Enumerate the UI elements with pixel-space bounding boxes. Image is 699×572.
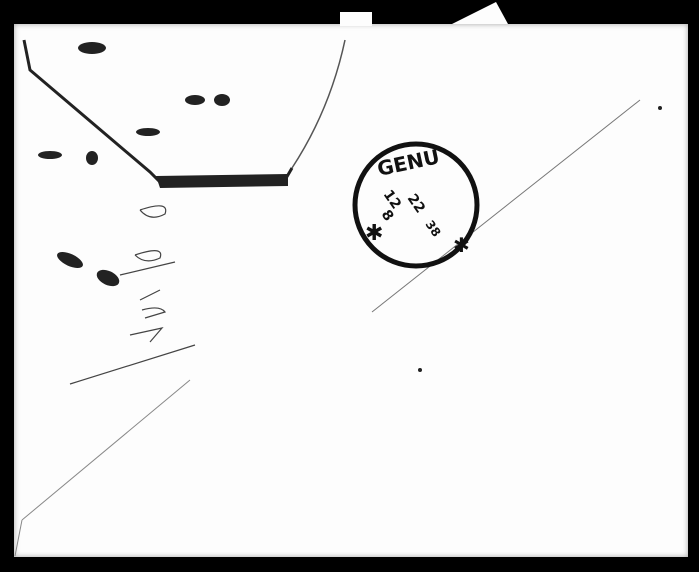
- postmark-day: 22: [404, 191, 428, 216]
- envelope-markings: [0, 0, 699, 572]
- star-icon: ✱: [453, 233, 470, 257]
- postmark-time: 38: [423, 218, 444, 240]
- postmark-cancel: GENU 22 12 8 38 ✱ ✱: [349, 136, 483, 274]
- star-icon: ✱: [365, 221, 383, 246]
